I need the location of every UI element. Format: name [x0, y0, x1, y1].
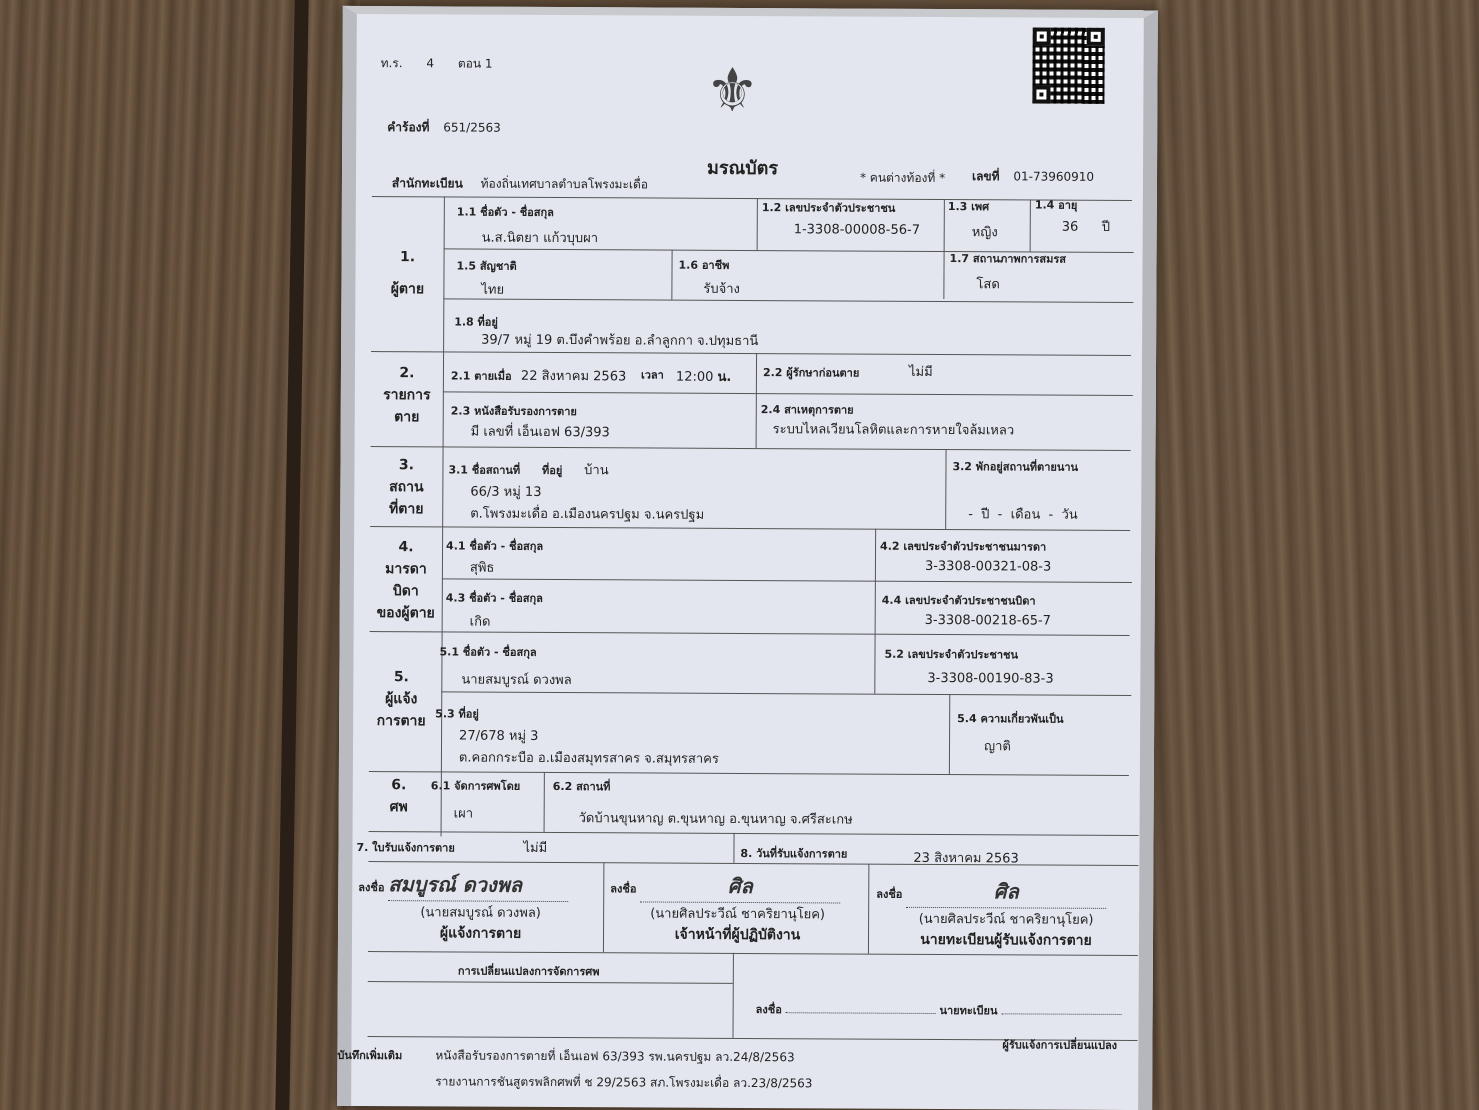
- death-certificate: ท.ร. 4 ตอน 1 ⚜ คำร้องที่ 651/2563 มรณบัต…: [337, 6, 1158, 1110]
- death-time-value: 12:00: [676, 370, 714, 385]
- section-6-heading: 6. ศพ: [363, 774, 435, 818]
- certificate-number: เลขที่ 01-73960910: [972, 167, 1094, 187]
- death-notice-label: 7. ใบรับแจ้งการตาย: [356, 838, 454, 857]
- caregiver-value: ไม่มี: [909, 361, 933, 382]
- signer-role: เจ้าหน้าที่ผู้ปฏิบัติงาน: [610, 923, 865, 946]
- funeral-place-label: 6.2 สถานที่: [553, 777, 611, 795]
- death-cert-value: มี เลขที่ เอ็นเอฟ 63/393: [471, 421, 610, 443]
- death-notice-value: ไม่มี: [523, 837, 547, 858]
- section-number: 4.: [370, 536, 442, 558]
- signature: ศิล: [906, 875, 1106, 909]
- section-number: 1.: [372, 246, 444, 268]
- death-time: 12:00 น.: [676, 366, 732, 387]
- garuda-emblem-icon: ⚜: [697, 46, 767, 136]
- registrar-label: นายทะเบียน: [939, 1004, 997, 1017]
- section-number: 5.: [365, 666, 437, 688]
- section-title: ของผู้ตาย: [370, 602, 442, 624]
- signer-name: (นายสมบูรณ์ ดวงพล): [358, 901, 603, 923]
- cert-no-label: เลขที่: [972, 169, 1000, 183]
- section-1-heading: 1. ผู้ตาย: [371, 246, 443, 300]
- signature-block-informant: ลงชื่อ สมบูรณ์ ดวงพล (นายสมบูรณ์ ดวงพล) …: [358, 868, 603, 945]
- death-cert-label: 2.3 หนังสือรับรองการตาย: [451, 401, 577, 420]
- registry-office: สำนักทะเบียน ท้องถิ่นเทศบาลตำบลโพรงมะเดื…: [392, 174, 648, 194]
- signer-name: (นายศิลประวีณ์ ชาคริยานุโยค): [610, 902, 865, 924]
- place-value: บ้าน: [584, 463, 609, 478]
- sign-label: ลงชื่อ: [876, 888, 902, 901]
- informant-address-line1: 27/678 หมู่ 3: [459, 724, 539, 745]
- father-name: เกิด: [470, 611, 491, 632]
- section-2-heading: 2. รายการ ตาย: [371, 362, 443, 428]
- section-title: ศพ: [363, 796, 435, 818]
- section-number: 6.: [363, 774, 435, 796]
- deceased-id-label: 1.2 เลขประจำตัวประชาชน: [762, 198, 896, 217]
- cause-value: ระบบไหลเวียนโลหิตและการหายใจล้มเหลว: [773, 418, 1015, 440]
- informant-id-label: 5.2 เลขประจำตัวประชาชน: [884, 645, 1018, 664]
- notes-label: บันทึกเพิ่มเติม: [337, 1046, 402, 1064]
- death-time-label: เวลา: [641, 365, 664, 383]
- page-title: มรณบัตร: [707, 153, 778, 182]
- mother-name-label: 4.1 ชื่อตัว - ชื่อสกุล: [446, 536, 543, 555]
- informant-name-label: 5.1 ชื่อตัว - ชื่อสกุล: [439, 642, 536, 661]
- form-code-number: 4: [426, 56, 434, 70]
- request-value: 651/2563: [443, 120, 501, 134]
- section-title: การตาย: [365, 710, 437, 732]
- age-unit: ปี: [1102, 216, 1110, 237]
- age-label: 1.4 อายุ: [1035, 195, 1078, 213]
- qr-code-icon: [1032, 27, 1104, 103]
- occupation-value: รับจ้าง: [703, 278, 740, 299]
- signer-role: นายทะเบียนผู้รับแจ้งการตาย: [876, 929, 1136, 952]
- registry-value: ท้องถิ่นเทศบาลตำบลโพรงมะเดื่อ: [481, 177, 648, 192]
- sex-value: หญิง: [972, 221, 998, 242]
- stay-duration-label: 3.2 พักอยู่สถานที่ตายนาน: [952, 457, 1078, 476]
- father-id: 3-3308-00218-65-7: [925, 613, 1051, 629]
- sign-label: ลงชื่อ: [610, 882, 636, 895]
- funeral-place: วัดบ้านขุนหาญ ต.ขุนหาญ อ.ขุนหาญ จ.ศรีสะเ…: [579, 807, 853, 829]
- sex-label: 1.3 เพศ: [948, 197, 989, 215]
- deceased-name: น.ส.นิตยา แก้วบุบผา: [482, 227, 599, 249]
- notes-line1: หนังสือรับรองการตายที่ เอ็นเอฟ 63/393 รพ…: [435, 1046, 794, 1067]
- signature: สมบูรณ์ ดวงพล: [388, 868, 568, 902]
- form-code-label: ท.ร.: [381, 56, 403, 70]
- death-date-label: 2.1 ตายเมื่อ: [451, 366, 512, 384]
- deceased-id: 1-3308-00008-56-7: [794, 222, 920, 238]
- relation-value: ญาติ: [984, 735, 1011, 756]
- section-5-heading: 5. ผู้แจ้ง การตาย: [365, 666, 437, 732]
- mother-id: 3-3308-00321-08-3: [925, 559, 1051, 575]
- section-title: รายการ: [371, 384, 443, 406]
- section-4-heading: 4. มารดา บิดา ของผู้ตาย: [370, 536, 442, 624]
- change-receiver-label: ผู้รับแจ้งการเปลี่ยนแปลง: [1002, 1035, 1117, 1054]
- request-number: คำร้องที่ 651/2563: [387, 118, 501, 138]
- wooden-table-left: [0, 0, 360, 1110]
- sign-label: ลงชื่อ: [756, 1003, 782, 1016]
- section-number: 3.: [370, 454, 442, 476]
- wooden-table-right: [1149, 0, 1479, 1110]
- signer-role: ผู้แจ้งการตาย: [358, 922, 603, 945]
- informant-address-label: 5.3 ที่อยู่: [435, 704, 479, 722]
- place-label: 3.1 ชื่อสถานที่: [448, 463, 520, 476]
- mother-name: สุพิธ: [470, 557, 495, 578]
- section-title: ผู้แจ้ง: [365, 688, 437, 710]
- notice-date: 23 สิงหาคม 2563: [913, 847, 1018, 869]
- non-resident-mark: * คนต่างท้องที่ *: [860, 169, 945, 188]
- section-title: ตาย: [371, 406, 443, 428]
- signer-name: (นายศิลประวีณ์ ชาคริยานุโยค): [876, 908, 1136, 930]
- death-time-unit: น.: [718, 370, 732, 385]
- stay-duration-value: - ปี - เดือน - วัน: [968, 503, 1078, 525]
- marital-status-value: โสด: [976, 273, 999, 294]
- funeral-method: เผา: [454, 802, 473, 823]
- occupation-label: 1.6 อาชีพ: [678, 256, 729, 274]
- cert-no-value: 01-73960910: [1013, 169, 1094, 183]
- cause-label: 2.4 สาเหตุการตาย: [761, 400, 854, 418]
- registry-label: สำนักทะเบียน: [392, 176, 463, 190]
- place-of-death-labels: 3.1 ชื่อสถานที่ ที่อยู่ บ้าน: [448, 458, 608, 480]
- relation-label: 5.4 ความเกี่ยวพันเป็น: [957, 709, 1063, 728]
- section-title: ผู้ตาย: [371, 278, 443, 300]
- informant-address-line2: ต.คอกกระบือ อ.เมืองสมุทรสาคร จ.สมุทรสาคร: [459, 746, 719, 768]
- age-value: 36: [1062, 220, 1079, 235]
- sign-label: ลงชื่อ: [358, 881, 384, 894]
- place-address-line1: 66/3 หมู่ 13: [470, 481, 541, 502]
- mother-id-label: 4.2 เลขประจำตัวประชาชนมารดา: [880, 537, 1046, 556]
- section-title: บิดา: [370, 580, 442, 602]
- place-address-line2: ต.โพรงมะเดื่อ อ.เมืองนครปฐม จ.นครปฐม: [470, 503, 704, 525]
- marital-status-label: 1.7 สถานภาพการสมรส: [950, 249, 1066, 268]
- deceased-name-label: 1.1 ชื่อตัว - ชื่อสกุล: [457, 202, 554, 221]
- section-3-heading: 3. สถาน ที่ตาย: [370, 454, 442, 520]
- notes-line2: รายงานการชันสูตรพลิกศพที่ ช 29/2563 สภ.โ…: [435, 1072, 812, 1093]
- notice-date-label: 8. วันที่รับแจ้งการตาย: [740, 844, 847, 863]
- signature-block-registrar: ลงชื่อ ศิล (นายศิลประวีณ์ ชาคริยานุโยค) …: [876, 875, 1136, 952]
- section-number: 2.: [371, 362, 443, 384]
- nationality-label: 1.5 สัญชาติ: [456, 256, 516, 274]
- section-title: สถาน: [370, 476, 442, 498]
- form-code: ท.ร. 4 ตอน 1: [381, 54, 493, 74]
- informant-name: นายสมบูรณ์ ดวงพล: [461, 669, 571, 691]
- request-label: คำร้องที่: [387, 120, 429, 134]
- change-sign-line: ลงชื่อ นายทะเบียน: [756, 1000, 1122, 1020]
- caregiver-label: 2.2 ผู้รักษาก่อนตาย: [763, 363, 859, 382]
- form-part: ตอน 1: [458, 56, 493, 70]
- place-address-label: ที่อยู่: [542, 464, 562, 477]
- father-name-label: 4.3 ชื่อตัว - ชื่อสกุล: [446, 588, 543, 607]
- informant-id: 3-3308-00190-83-3: [927, 671, 1053, 687]
- section-title: ที่ตาย: [370, 498, 442, 520]
- nationality-value: ไทย: [481, 279, 504, 300]
- funeral-change-title: การเปลี่ยนแปลงการจัดการศพ: [458, 961, 600, 980]
- signature-block-officer: ลงชื่อ ศิล (นายศิลประวีณ์ ชาคริยานุโยค) …: [610, 869, 865, 946]
- signature: ศิล: [640, 869, 840, 903]
- section-title: มารดา: [370, 558, 442, 580]
- funeral-method-label: 6.1 จัดการศพโดย: [431, 776, 520, 794]
- deceased-address: 39/7 หมู่ 19 ต.บึงคำพร้อย อ.ลำลูกกา จ.ปท…: [481, 329, 758, 351]
- father-id-label: 4.4 เลขประจำตัวประชาชนบิดา: [882, 591, 1036, 610]
- death-date: 22 สิงหาคม 2563: [521, 365, 626, 387]
